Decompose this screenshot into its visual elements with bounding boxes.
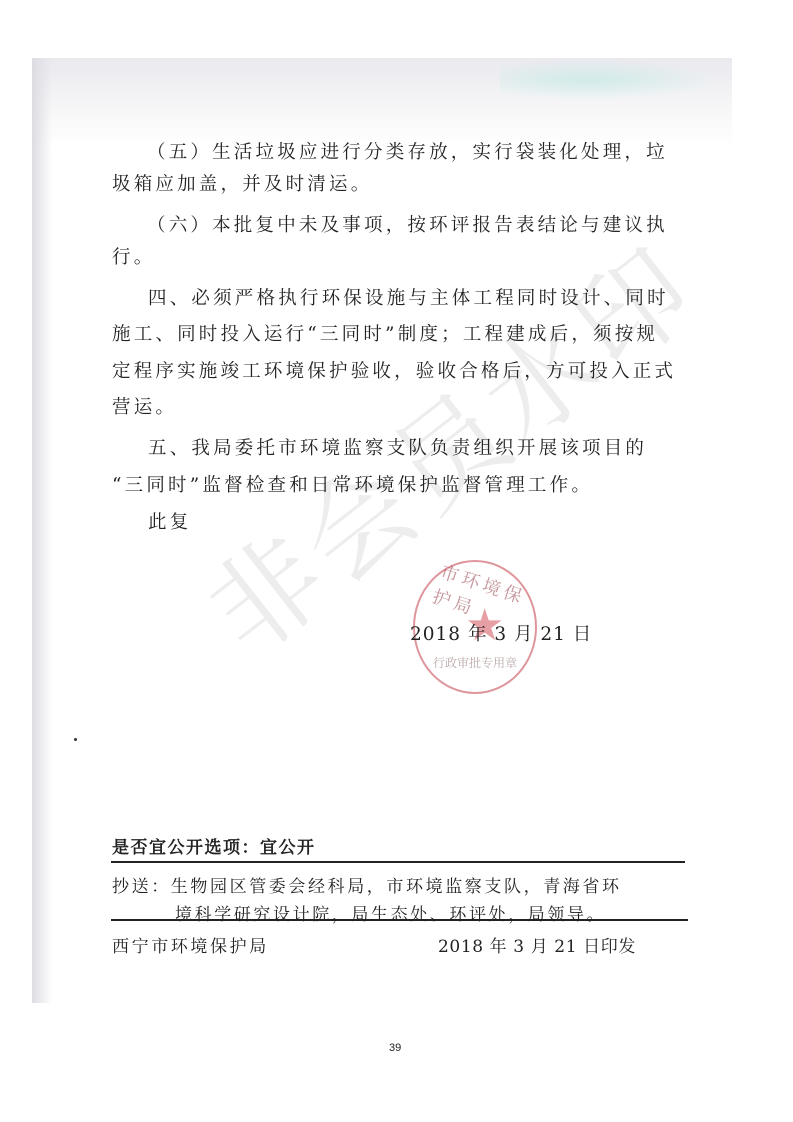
- section-4-line-1: 四、必须严格执行环保设施与主体工程同时设计、同时: [148, 284, 669, 310]
- scan-speck: [74, 738, 77, 741]
- section-4-line-3: 定程序实施竣工环境保护验收，验收合格后，方可投入正式: [112, 357, 676, 383]
- seal-subtext: 行政审批专用章: [433, 654, 517, 671]
- section-5-line-2: “三同时”监督检查和日常环境保护监督管理工作。: [112, 471, 593, 497]
- paragraph-6-line-2: 行。: [112, 243, 155, 269]
- section-4-line-4: 营运。: [112, 393, 177, 419]
- scan-color-artifact: [500, 60, 720, 100]
- issue-date: 2018 年 3 月 21 日印发: [438, 932, 636, 957]
- page-number: 39: [389, 1042, 401, 1054]
- signature-date: 2018 年 3 月 21 日: [410, 620, 592, 646]
- paragraph-6-line-1: （六）本批复中未及事项，按环评报告表结论与建议执: [147, 211, 668, 237]
- divider-bottom: [111, 919, 688, 921]
- paragraph-5-line-1: （五）生活垃圾应进行分类存放，实行袋装化处理，垃: [147, 138, 668, 164]
- divider-top: [111, 861, 685, 863]
- paragraph-5-line-2: 圾箱应加盖，并及时清运。: [112, 170, 372, 196]
- closing-text: 此复: [148, 508, 191, 534]
- cc-line-2: 境科学研究设计院，局生态处、环评处，局领导。: [175, 900, 606, 925]
- section-4-line-2: 施工、同时投入运行“三同时”制度；工程建成后，须按规: [112, 320, 658, 346]
- section-5-line-1: 五、我局委托市环境监察支队负责组织开展该项目的: [148, 434, 647, 460]
- disclosure-option: 是否宜公开选项：宜公开: [112, 833, 316, 858]
- cc-line-1: 抄送：生物园区管委会经科局，市环境监察支队，青海省环: [112, 872, 622, 897]
- issuing-authority: 西宁市环境保护局: [112, 932, 269, 957]
